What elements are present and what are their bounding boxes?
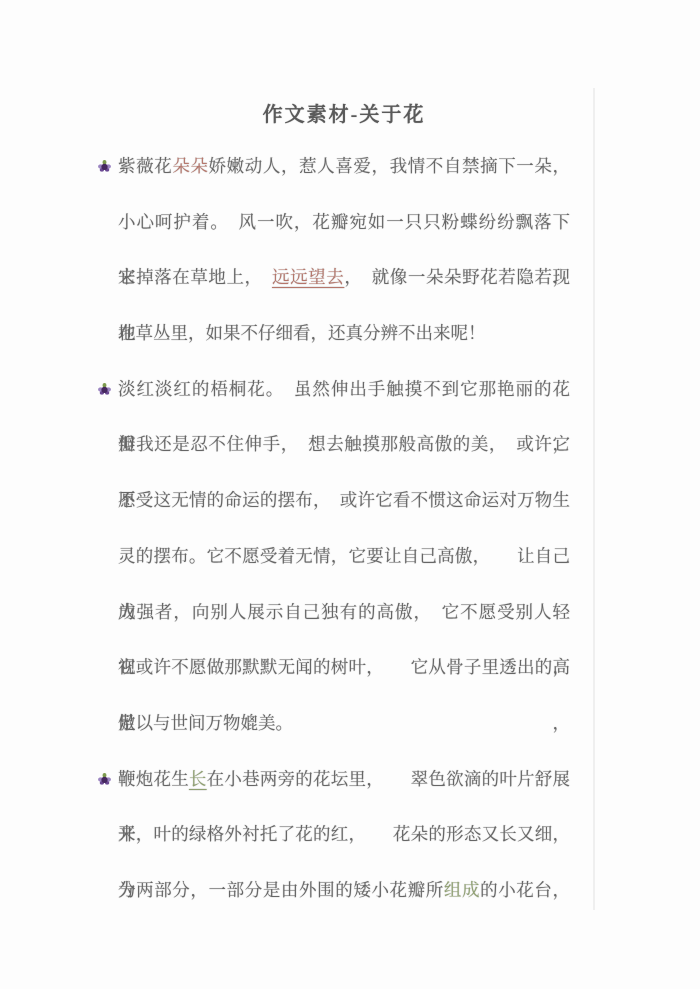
flower-bullet-icon xyxy=(97,382,118,397)
text-segment: 紫薇花 xyxy=(118,156,172,176)
text-segment: 足以与世间万物媲美。 xyxy=(118,713,293,733)
text-line: 灵的摆布。它不愿受着无情，它要让自己高傲， 让自己成 xyxy=(118,529,570,585)
text-line: 愿受这无情的命运的摆布， 或许它看不惯这命运对万物生 xyxy=(118,473,570,529)
paragraph-list: 紫薇花朵朵娇嫩动人，惹人喜爱，我情不自禁摘下一朵，小心呵护着。 风一吹，花瓣宛如… xyxy=(97,139,570,919)
text-segment: 的小花台， xyxy=(480,880,570,900)
flower-bullet-icon xyxy=(97,159,118,174)
text-segment: 长 xyxy=(189,769,207,789)
text-segment: 在草丛里，如果不仔细看，还真分辨不出来呢！ xyxy=(118,323,486,343)
text-segment: 朵朵 xyxy=(172,156,208,176)
text-line: 它或许不愿做那默默无闻的树叶， 它从骨子里透出的高傲， xyxy=(118,640,570,696)
text-segment: 娇嫩动人，惹人喜爱，我情不自禁摘下一朵， xyxy=(209,156,570,176)
paragraph: 淡红淡红的梧桐花。 虽然伸出手触摸不到它那艳丽的花瓣，但我还是忍不住伸手， 想去… xyxy=(97,362,570,752)
paragraph: 紫薇花朵朵娇嫩动人，惹人喜爱，我情不自禁摘下一朵，小心呵护着。 风一吹，花瓣宛如… xyxy=(97,139,570,362)
text-line: 鞭炮花生长在小巷两旁的花坛里， 翠色欲滴的叶片舒展开 xyxy=(118,752,570,808)
text-line: 小心呵护着。 风一吹，花瓣宛如一只只粉蝶纷纷飘落下来， xyxy=(118,195,570,251)
text-segment: 远远望去 xyxy=(272,267,344,287)
text-segment: 鞭炮花生 xyxy=(118,769,189,789)
page-edge-rule xyxy=(593,88,595,910)
text-segment: 愿受这无情的命运的摆布， 或许它看不惯这命运对万物生 xyxy=(118,490,570,510)
paragraph: 鞭炮花生长在小巷两旁的花坛里， 翠色欲滴的叶片舒展开来，叶的绿格外衬托了花的红，… xyxy=(97,752,570,919)
paragraph-text: 鞭炮花生长在小巷两旁的花坛里， 翠色欲滴的叶片舒展开来，叶的绿格外衬托了花的红，… xyxy=(118,752,570,919)
text-segment: 为两部分，一部分是由外围的矮小花瓣所 xyxy=(118,880,444,900)
text-line: 淡红淡红的梧桐花。 虽然伸出手触摸不到它那艳丽的花瓣， xyxy=(118,362,570,418)
page-title: 作文素材-关于花 xyxy=(118,98,570,127)
text-line: 为两部分，一部分是由外围的矮小花瓣所组成的小花台， xyxy=(118,863,570,919)
text-line: 紫薇花朵朵娇嫩动人，惹人喜爱，我情不自禁摘下一朵， xyxy=(118,139,570,195)
document-page: 作文素材-关于花 紫薇花朵朵娇嫩动人，惹人喜爱，我情不自禁摘下一朵，小心呵护着。… xyxy=(0,0,700,989)
text-line: 为强者，向别人展示自己独有的高傲， 它不愿受别人轻视， xyxy=(118,585,570,641)
text-segment: 组成 xyxy=(444,880,480,900)
text-line: 在草丛里，如果不仔细看，还真分辨不出来呢！ xyxy=(118,306,570,362)
text-segment: 它掉落在草地上， xyxy=(118,267,272,287)
flower-bullet-icon xyxy=(97,772,118,787)
text-line: 但我还是忍不住伸手， 想去触摸那般高傲的美， 或许它不 xyxy=(118,417,570,473)
text-line: 来，叶的绿格外衬托了花的红， 花朵的形态又长又细，分 xyxy=(118,807,570,863)
text-line: 它掉落在草地上， 远远望去， 就像一朵朵野花若隐若现地 xyxy=(118,250,570,306)
paragraph-text: 淡红淡红的梧桐花。 虽然伸出手触摸不到它那艳丽的花瓣，但我还是忍不住伸手， 想去… xyxy=(118,362,570,752)
paragraph-text: 紫薇花朵朵娇嫩动人，惹人喜爱，我情不自禁摘下一朵，小心呵护着。 风一吹，花瓣宛如… xyxy=(118,139,570,362)
